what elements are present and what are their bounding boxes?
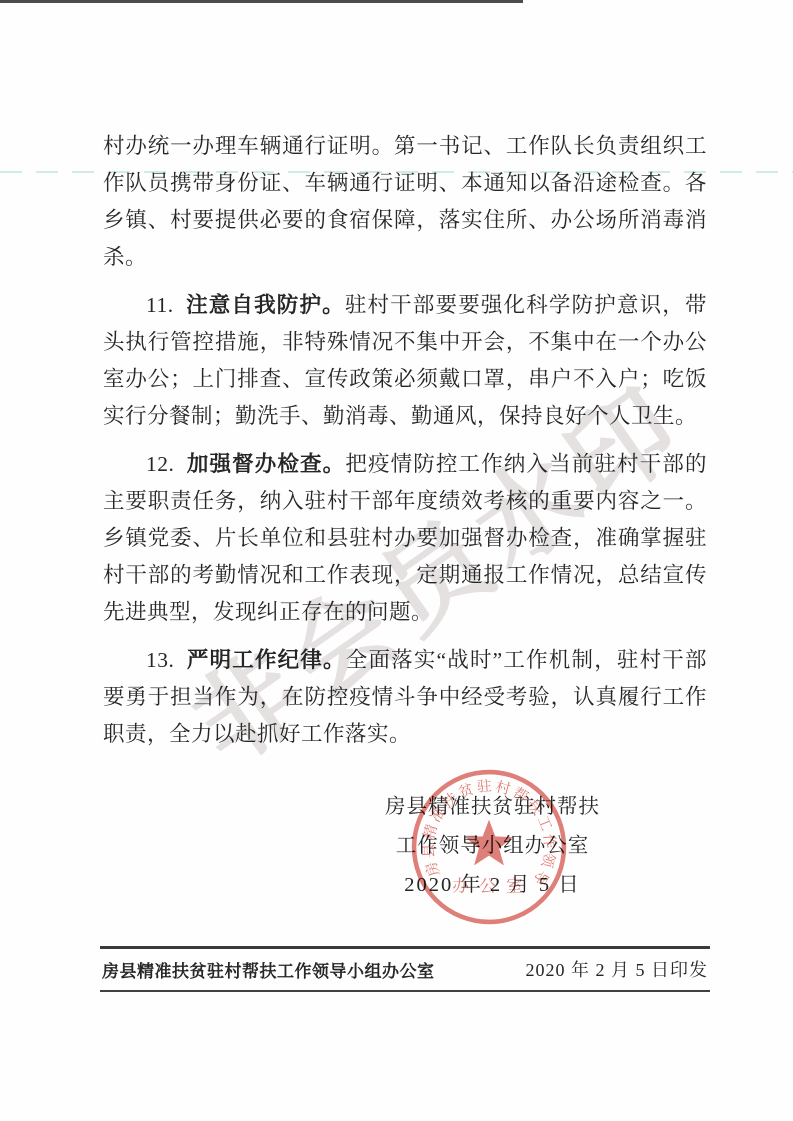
item-12-number: 12. [146,452,174,476]
item-11-heading: 注意自我防护。 [185,293,344,317]
document-body: 村办统一办理车辆通行证明。第一书记、工作队长负责组织工作队员携带身份证、车辆通行… [103,128,707,753]
seal-ring-text: 房县精准扶贫驻村帮扶工作领导小组 [408,766,558,890]
footer-bottom-rule [100,990,710,992]
paragraph-item-13: 13.严明工作纪律。全面落实“战时”工作机制，驻村干部要勇于担当作为，在防控疫情… [103,642,707,753]
footer-issuer: 房县精准扶贫驻村帮扶工作领导小组办公室 [102,957,435,982]
paragraph-item-11: 11.注意自我防护。驻村干部要要强化科学防护意识，带头执行管控措施，非特殊情况不… [103,287,707,435]
footer-print-date: 2020 年 2 月 5 日印发 [526,956,709,982]
item-11-number: 11. [146,293,174,317]
item-13-number: 13. [146,648,174,672]
footer-row: 房县精准扶贫驻村帮扶工作领导小组办公室 2020 年 2 月 5 日印发 [100,949,710,990]
document-page: 非会员水印 村办统一办理车辆通行证明。第一书记、工作队长负责组织工作队员携带身份… [0,0,793,1121]
document-footer: 房县精准扶贫驻村帮扶工作领导小组办公室 2020 年 2 月 5 日印发 [100,946,710,992]
paragraph-continuation: 村办统一办理车辆通行证明。第一书记、工作队长负责组织工作队员携带身份证、车辆通行… [103,128,707,276]
item-12-heading: 加强督办检查。 [186,452,345,476]
seal-star-icon [465,820,513,866]
svg-text:房县精准扶贫驻村帮扶工作领导小组: 房县精准扶贫驻村帮扶工作领导小组 [408,766,558,890]
seal-bottom-text: 办 公 室 [452,877,526,896]
scan-artifact-top-bar [0,0,523,3]
item-12-text: 把疫情防控工作纳入当前驻村干部的主要职责任务，纳入驻村干部年度绩效考核的重要内容… [103,452,707,624]
item-13-heading: 严明工作纪律。 [186,648,346,672]
paragraph-item-12: 12.加强督办检查。把疫情防控工作纳入当前驻村干部的主要职责任务，纳入驻村干部年… [103,446,707,631]
official-seal: 房县精准扶贫驻村帮扶工作领导小组 办 公 室 [408,766,570,928]
